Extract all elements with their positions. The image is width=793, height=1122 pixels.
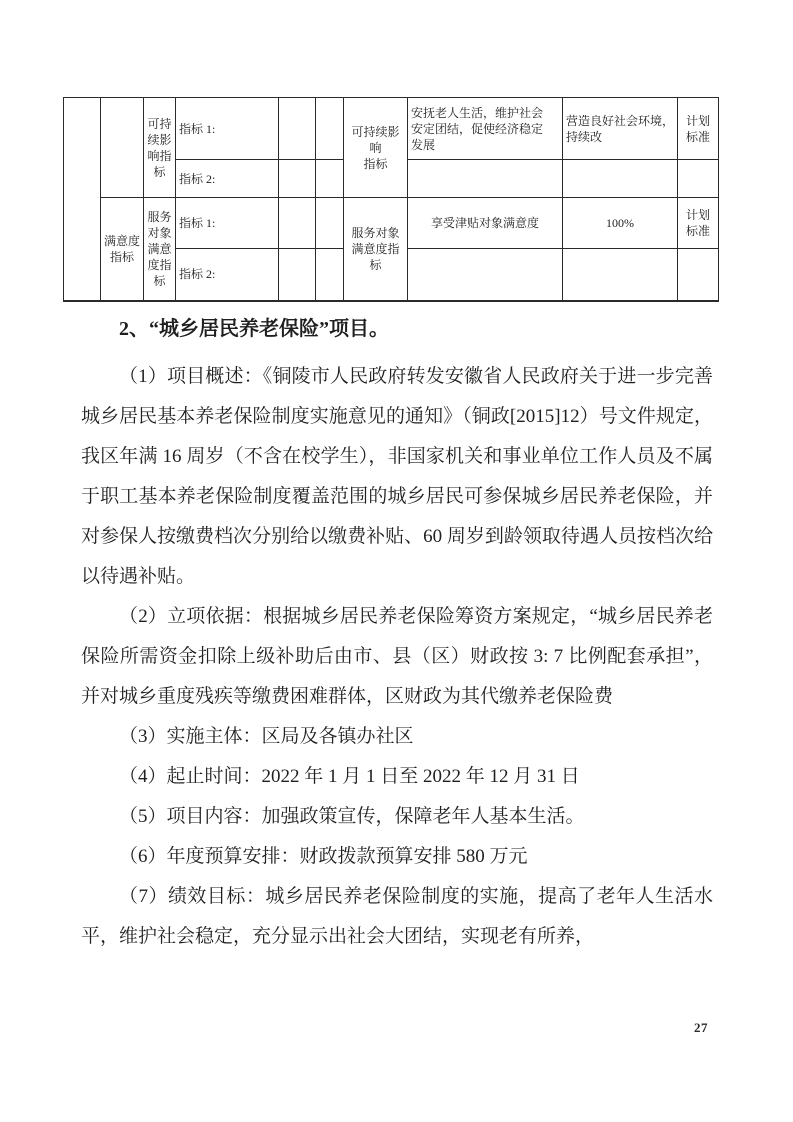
cell-sustain-indicator2-standard bbox=[678, 160, 719, 198]
paragraph-time-range: （4）起止时间：2022 年 1 月 1 日至 2022 年 12 月 31 日 bbox=[81, 757, 713, 797]
cell-empty bbox=[279, 249, 316, 301]
cell-service-header: 服务对象 满意度指 标 bbox=[344, 198, 408, 301]
table-row: 满意度 指标 服务 对象 满意 度指 标 指标 1: 服务对象 满意度指 标 享… bbox=[64, 198, 719, 249]
cell-service-indicator2-label: 指标 2: bbox=[176, 249, 279, 301]
performance-indicators-table: 可持 续影 响指 标 指标 1: 可持续影 响 指标 安抚老人生活，维护社会 安… bbox=[63, 97, 719, 302]
paragraph-performance-goal: （7）绩效目标：城乡居民养老保险制度的实施，提高了老年人生活水平，维护社会稳定，… bbox=[81, 877, 713, 957]
cell-sustain-indicator1-standard: 计划 标准 bbox=[678, 98, 719, 160]
cell-service-indicator2-value bbox=[563, 249, 678, 301]
cell-sustain-row-label: 可持 续影 响指 标 bbox=[144, 98, 176, 198]
cell-empty bbox=[316, 98, 344, 160]
cell-group-label-continued bbox=[101, 98, 144, 198]
cell-service-indicator1-value: 100% bbox=[563, 198, 678, 249]
cell-outer-group bbox=[64, 98, 101, 301]
paragraph-implementing-body: （3）实施主体：区局及各镇办社区 bbox=[81, 717, 713, 757]
cell-satisfaction-group-label: 满意度 指标 bbox=[101, 198, 144, 301]
cell-sustain-indicator1-value: 营造良好社会环境， 持续改 bbox=[563, 98, 678, 160]
cell-service-indicator1-label: 指标 1: bbox=[176, 198, 279, 249]
page-number: 27 bbox=[694, 1020, 708, 1036]
cell-empty bbox=[316, 198, 344, 249]
cell-service-indicator1-content: 享受津贴对象满意度 bbox=[408, 198, 563, 249]
cell-sustain-indicator1-label: 指标 1: bbox=[176, 98, 279, 160]
cell-sustain-indicator1-content: 安抚老人生活，维护社会 安定团结，促使经济稳定 发展 bbox=[408, 98, 563, 160]
section-heading: 2、“城乡居民养老保险”项目。 bbox=[81, 309, 713, 349]
cell-service-row-label: 服务 对象 满意 度指 标 bbox=[144, 198, 176, 301]
cell-sustain-indicator2-value bbox=[563, 160, 678, 198]
paragraph-project-content: （5）项目内容：加强政策宣传，保障老年人基本生活。 bbox=[81, 797, 713, 837]
cell-empty bbox=[279, 160, 316, 198]
cell-service-indicator2-standard bbox=[678, 249, 719, 301]
cell-empty bbox=[279, 98, 316, 160]
cell-empty bbox=[316, 249, 344, 301]
cell-service-indicator1-standard: 计划 标准 bbox=[678, 198, 719, 249]
cell-sustain-header: 可持续影 响 指标 bbox=[344, 98, 408, 198]
paragraph-project-overview: （1）项目概述：《铜陵市人民政府转发安徽省人民政府关于进一步完善城乡居民基本养老… bbox=[81, 357, 713, 597]
document-body: 2、“城乡居民养老保险”项目。 （1）项目概述：《铜陵市人民政府转发安徽省人民政… bbox=[81, 309, 713, 957]
paragraph-project-basis: （2）立项依据：根据城乡居民养老保险筹资方案规定，“城乡居民养老保险所需资金扣除… bbox=[81, 597, 713, 717]
cell-sustain-indicator2-label: 指标 2: bbox=[176, 160, 279, 198]
cell-sustain-indicator2-content bbox=[408, 160, 563, 198]
paragraph-annual-budget: （6）年度预算安排：财政拨款预算安排 580 万元 bbox=[81, 837, 713, 877]
cell-empty bbox=[316, 160, 344, 198]
table-row: 可持 续影 响指 标 指标 1: 可持续影 响 指标 安抚老人生活，维护社会 安… bbox=[64, 98, 719, 160]
cell-empty bbox=[279, 198, 316, 249]
cell-service-indicator2-content bbox=[408, 249, 563, 301]
document-page: 可持 续影 响指 标 指标 1: 可持续影 响 指标 安抚老人生活，维护社会 安… bbox=[0, 0, 793, 1122]
